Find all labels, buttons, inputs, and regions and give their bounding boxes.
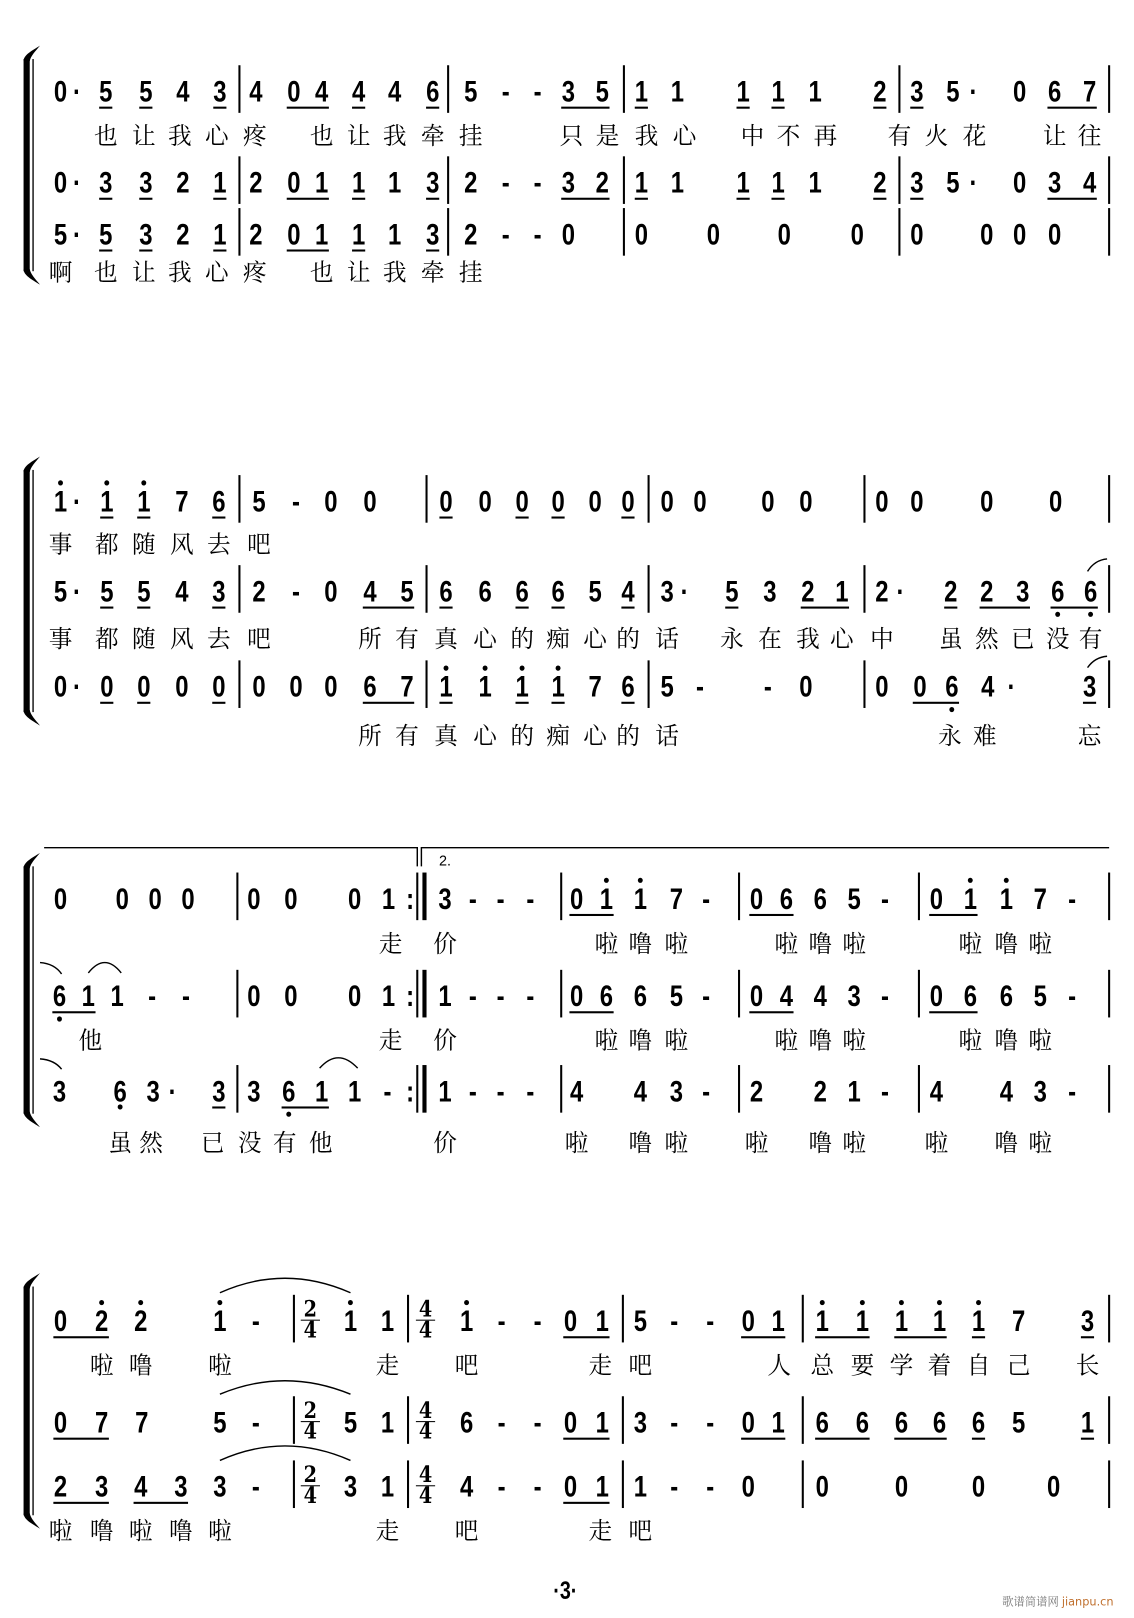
note: 2 <box>54 1473 67 1502</box>
note: 4 <box>1083 169 1096 198</box>
note: 1 <box>516 673 529 702</box>
beam <box>1047 107 1096 109</box>
dot: · <box>73 169 81 198</box>
dash: - <box>881 1077 889 1106</box>
lyric: 已 <box>1011 627 1035 652</box>
score-page: 0 · 5 5 4 3 4 0 4 4 4 6 5 - - 3 5 1 1 1 … <box>3 0 1134 1617</box>
note: 2 <box>464 169 477 198</box>
dash: - <box>252 1307 260 1336</box>
lyric: 啦 <box>1028 933 1052 958</box>
lyric: 虽 <box>108 1131 132 1156</box>
lyric: 忘 <box>1078 725 1102 750</box>
note: 6 <box>551 578 564 607</box>
beam <box>569 914 613 916</box>
lyric: 牵 <box>421 124 445 149</box>
dash: - <box>526 982 534 1011</box>
beam <box>287 107 329 109</box>
lyric: 花 <box>963 124 987 149</box>
beam <box>815 1336 869 1338</box>
note: 0 <box>562 220 575 249</box>
note: 0 <box>324 488 337 517</box>
note: 0 <box>761 488 774 517</box>
note: 5 <box>848 885 861 914</box>
note: 1 <box>634 885 647 914</box>
barline <box>1108 1065 1110 1113</box>
lyric: 啦 <box>129 1519 153 1544</box>
note: 0 <box>660 488 673 517</box>
lyric: 话 <box>655 725 679 750</box>
note: 1 <box>213 220 226 249</box>
note: 1 <box>82 982 95 1011</box>
note: 6 <box>1051 578 1064 607</box>
dash: - <box>292 578 300 607</box>
beam <box>363 607 414 609</box>
note: 5 <box>670 982 683 1011</box>
note: 0 <box>930 885 943 914</box>
barline <box>1108 475 1110 523</box>
dash: - <box>498 1409 506 1438</box>
lyric: 事 <box>49 533 73 558</box>
note: 4 <box>134 1473 147 1502</box>
dash: - <box>469 885 477 914</box>
note: 0 <box>742 1307 755 1336</box>
lyric: 的 <box>510 725 534 750</box>
dash: - <box>502 78 510 107</box>
note: 1 <box>771 1307 784 1336</box>
note: 7 <box>95 1409 108 1438</box>
volta-label: 2. <box>439 853 451 867</box>
note: 4 <box>176 78 189 107</box>
dot: · <box>73 488 81 517</box>
note: 4 <box>460 1473 473 1502</box>
beam <box>52 1011 95 1013</box>
lyric: 中 <box>870 627 894 652</box>
note: 6 <box>895 1409 908 1438</box>
lyric: 然 <box>975 627 999 652</box>
note: 0 <box>324 578 337 607</box>
note: 2 <box>252 578 265 607</box>
beam <box>801 607 849 609</box>
note: 0 <box>972 1473 985 1502</box>
lyric: 风 <box>170 533 194 558</box>
lyric: 让 <box>347 261 371 286</box>
note: 1 <box>1081 1409 1094 1438</box>
lyric: 的 <box>616 725 640 750</box>
tie-arc <box>40 1059 62 1069</box>
lyric: 也 <box>310 124 334 149</box>
lyric: 噜 <box>995 933 1019 958</box>
beam <box>287 249 329 251</box>
beam <box>561 107 609 109</box>
note: 0 <box>799 488 812 517</box>
lyric: 走 <box>379 1029 403 1054</box>
barline <box>237 1065 239 1113</box>
note: 1 <box>382 982 395 1011</box>
beam <box>929 1011 977 1013</box>
barline <box>560 873 562 921</box>
note: 6 <box>1048 78 1061 107</box>
note: 1 <box>816 1307 829 1336</box>
note: 1 <box>848 1077 861 1106</box>
note: 1 <box>381 1307 394 1336</box>
note: 1 <box>137 488 150 517</box>
note: 6 <box>856 1409 869 1438</box>
barline <box>864 565 866 613</box>
note: 7 <box>1083 78 1096 107</box>
dash: - <box>534 169 542 198</box>
dash: - <box>148 982 156 1011</box>
lyric: 挂 <box>459 261 483 286</box>
lyric: 要 <box>851 1354 875 1379</box>
barline <box>239 156 241 204</box>
note: 0 <box>799 673 812 702</box>
barline <box>1108 660 1110 708</box>
dash: - <box>497 1077 505 1106</box>
note: 5 <box>464 78 477 107</box>
lyric: 再 <box>814 124 838 149</box>
note: 0 <box>635 220 648 249</box>
note: 6 <box>282 1077 295 1106</box>
lyric: 的 <box>510 627 534 652</box>
slur-arc <box>220 1381 351 1394</box>
lyric: 心 <box>583 627 607 652</box>
note: 2 <box>750 1077 763 1106</box>
barline <box>239 475 241 523</box>
note: 1 <box>635 78 648 107</box>
lyric: 真 <box>434 725 458 750</box>
time-signature-denominator: 4 <box>301 1321 320 1341</box>
barline <box>648 660 650 708</box>
barline <box>293 1295 295 1343</box>
dash: - <box>670 1473 678 1502</box>
note: 0 <box>439 488 452 517</box>
note: 6 <box>460 1409 473 1438</box>
lyric: 我 <box>168 124 192 149</box>
note: 0 <box>750 885 763 914</box>
beam <box>894 1438 946 1440</box>
barline <box>426 475 428 523</box>
dash: - <box>534 78 542 107</box>
note: 1 <box>634 1473 647 1502</box>
note: 4 <box>388 78 401 107</box>
barline <box>237 873 239 921</box>
note: 0 <box>551 488 564 517</box>
note: 7 <box>588 673 601 702</box>
barline <box>560 970 562 1018</box>
note: 2 <box>176 169 189 198</box>
barline <box>239 208 241 256</box>
note: 3 <box>212 1077 225 1106</box>
lyric: 走 <box>376 1354 400 1379</box>
note: 0 <box>247 982 260 1011</box>
note: 0 <box>851 220 864 249</box>
note: 1 <box>596 1409 609 1438</box>
note: 0 <box>348 885 361 914</box>
note: 2 <box>873 78 886 107</box>
lyric: 啦 <box>665 1029 689 1054</box>
note: 1 <box>600 885 613 914</box>
barline <box>237 970 239 1018</box>
lyric: 随 <box>132 533 156 558</box>
note: 6 <box>621 673 634 702</box>
note: 0 <box>54 885 67 914</box>
barline <box>447 65 449 113</box>
barline <box>802 1460 804 1508</box>
note: 2 <box>980 578 993 607</box>
note: 0 <box>54 673 67 702</box>
note: 1 <box>315 169 328 198</box>
note: 1 <box>596 1307 609 1336</box>
barline <box>918 970 920 1018</box>
lyric: 心 <box>473 725 497 750</box>
system-bracket <box>24 1273 40 1529</box>
note: 1 <box>596 1473 609 1502</box>
lyric: 都 <box>95 627 119 652</box>
lyric: 价 <box>433 933 457 958</box>
dash: - <box>252 1473 260 1502</box>
dash: - <box>706 1307 714 1336</box>
note: 3 <box>174 1473 187 1502</box>
lyric: 啦 <box>208 1354 232 1379</box>
note: 5 <box>725 578 738 607</box>
note: 0 <box>564 1307 577 1336</box>
note: 4 <box>621 578 634 607</box>
note: 0 <box>564 1409 577 1438</box>
lyric: 走 <box>376 1519 400 1544</box>
lyric: 有 <box>1079 627 1103 652</box>
lyric: 心 <box>205 261 229 286</box>
dot: · <box>169 1077 177 1106</box>
note: 5 <box>634 1307 647 1336</box>
lyric: 心 <box>473 627 497 652</box>
lyric: 虽 <box>939 627 963 652</box>
note: 1 <box>438 1077 451 1106</box>
lyric: 火 <box>925 124 949 149</box>
lyric: 啦 <box>90 1354 114 1379</box>
note: 6 <box>933 1409 946 1438</box>
note: 3 <box>634 1409 647 1438</box>
note: 0 <box>750 982 763 1011</box>
watermark-domain: jianpu.cn <box>1062 1595 1114 1608</box>
lyric: 价 <box>433 1131 457 1156</box>
lyric: 啦 <box>925 1131 949 1156</box>
lyric: 痴 <box>546 627 570 652</box>
dash: - <box>526 885 534 914</box>
lyric: 已 <box>201 1131 225 1156</box>
note: 3 <box>1083 673 1096 702</box>
note: 2 <box>801 578 814 607</box>
lyric: 有 <box>395 725 419 750</box>
note: 3 <box>213 1473 226 1502</box>
note: 4 <box>814 982 827 1011</box>
note: 4 <box>1000 1077 1013 1106</box>
barline <box>622 1396 624 1444</box>
lyric: 我 <box>383 261 407 286</box>
beam <box>53 1502 109 1504</box>
barline <box>802 1295 804 1343</box>
barline <box>623 156 625 204</box>
lyric: 啦 <box>775 933 799 958</box>
lyric: 噜 <box>995 1131 1019 1156</box>
lyric: 价 <box>433 1029 457 1054</box>
lyric: 痴 <box>546 725 570 750</box>
dash: - <box>534 220 542 249</box>
dash: - <box>502 169 510 198</box>
lyric: 没 <box>1046 627 1070 652</box>
note: 2 <box>944 578 957 607</box>
tie-arc <box>320 1058 358 1068</box>
barline <box>407 1460 409 1508</box>
barline <box>622 1460 624 1508</box>
note: 7 <box>135 1409 148 1438</box>
barline <box>738 873 740 921</box>
lyric: 让 <box>347 124 371 149</box>
dot: · <box>1007 673 1015 702</box>
beam <box>561 198 609 200</box>
dash: - <box>469 982 477 1011</box>
lyric: 啦 <box>842 933 866 958</box>
note: 0 <box>175 673 188 702</box>
beam <box>134 1502 188 1504</box>
note: 3 <box>660 578 673 607</box>
note: 0 <box>895 1473 908 1502</box>
barline <box>1108 156 1110 204</box>
lyric: 没 <box>238 1131 262 1156</box>
note: 1 <box>671 78 684 107</box>
page-number: ·3· <box>553 1579 577 1604</box>
dash: - <box>706 1409 714 1438</box>
repeat-barline-thick <box>422 873 426 921</box>
barline <box>426 565 428 613</box>
lyric: 人 <box>767 1354 791 1379</box>
dash: - <box>702 1077 710 1106</box>
beam <box>913 702 959 704</box>
note: 2 <box>249 169 262 198</box>
beam <box>563 1438 609 1440</box>
lyric: 难 <box>973 725 997 750</box>
lyric: 疼 <box>243 124 267 149</box>
note: 7 <box>1012 1307 1025 1336</box>
lyric: 随 <box>132 627 156 652</box>
lyric: 挂 <box>459 124 483 149</box>
barline <box>899 156 901 204</box>
note: 3 <box>213 78 226 107</box>
lyric: 去 <box>207 533 231 558</box>
note: 3 <box>1016 578 1029 607</box>
lyric: 永 <box>938 725 962 750</box>
note: 3 <box>426 169 439 198</box>
note: 0 <box>348 982 361 1011</box>
note: 5 <box>1012 1409 1025 1438</box>
beam <box>894 1336 946 1338</box>
note: 0 <box>742 1473 755 1502</box>
barline <box>648 565 650 613</box>
note: 6 <box>426 78 439 107</box>
note: 4 <box>570 1077 583 1106</box>
note: 3 <box>910 78 923 107</box>
lyric: 风 <box>170 627 194 652</box>
note: 0 <box>1013 220 1026 249</box>
lyric: 是 <box>596 124 620 149</box>
dash: - <box>702 885 710 914</box>
barline <box>1108 1396 1110 1444</box>
lyric: 总 <box>810 1354 834 1379</box>
lyric: 不 <box>777 124 801 149</box>
note: 3 <box>910 169 923 198</box>
lyric: 心 <box>205 124 229 149</box>
note: 4 <box>315 78 328 107</box>
note: 3 <box>426 220 439 249</box>
dash: - <box>670 1409 678 1438</box>
time-signature: 24 <box>301 1401 320 1441</box>
note: 1 <box>1000 885 1013 914</box>
note: 4 <box>930 1077 943 1106</box>
lyric: 都 <box>95 533 119 558</box>
beam <box>282 1106 329 1108</box>
repeat-barline-thin <box>416 970 418 1018</box>
barline <box>239 660 241 708</box>
lyric: 噜 <box>808 1131 832 1156</box>
note: 0 <box>287 220 300 249</box>
dash: - <box>534 1307 542 1336</box>
barline <box>738 970 740 1018</box>
system-bracket <box>24 46 40 285</box>
note: 1 <box>315 220 328 249</box>
lyric: 有 <box>273 1131 297 1156</box>
note: 0 <box>778 220 791 249</box>
time-signature-denominator: 4 <box>416 1422 435 1442</box>
dash: - <box>292 488 300 517</box>
note: 5 <box>54 220 67 249</box>
lyric: 啦 <box>595 1029 619 1054</box>
lyric: 去 <box>207 627 231 652</box>
note: 6 <box>814 885 827 914</box>
lyric: 噜 <box>808 933 832 958</box>
note: 6 <box>53 982 66 1011</box>
watermark-site-name: 歌谱简谱网 <box>1002 1595 1059 1608</box>
time-signature: 44 <box>416 1300 435 1340</box>
dash: - <box>881 885 889 914</box>
note: 1 <box>635 169 648 198</box>
beam <box>749 914 793 916</box>
lyric: 自 <box>967 1354 991 1379</box>
beam <box>815 1438 869 1440</box>
note: 1 <box>352 169 365 198</box>
note: 6 <box>945 673 958 702</box>
note: 1 <box>110 982 123 1011</box>
lyric: 啦 <box>665 933 689 958</box>
beam <box>563 1336 609 1338</box>
note: 0 <box>707 220 720 249</box>
lyric: 啦 <box>775 1029 799 1054</box>
note: 0 <box>287 78 300 107</box>
time-signature: 44 <box>416 1401 435 1441</box>
note: 6 <box>600 982 613 1011</box>
repeat-barline-thick <box>422 1065 426 1113</box>
lyric: 我 <box>168 261 192 286</box>
lyric: 疼 <box>243 261 267 286</box>
note: 3 <box>139 220 152 249</box>
note: 1 <box>671 169 684 198</box>
note: 5 <box>139 78 152 107</box>
barline <box>293 1396 295 1444</box>
dash: - <box>182 982 190 1011</box>
lyric: 噜 <box>90 1519 114 1544</box>
lyric: 只 <box>560 124 584 149</box>
note: 6 <box>634 982 647 1011</box>
note: 2 <box>814 1077 827 1106</box>
lyric: 也 <box>94 261 118 286</box>
